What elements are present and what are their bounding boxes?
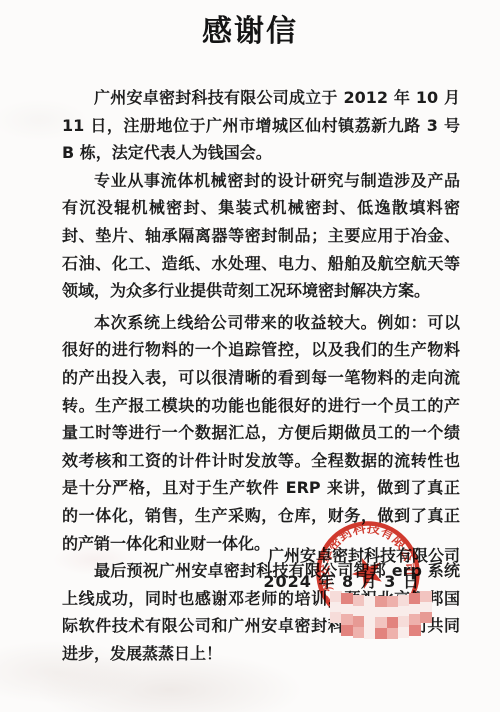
stamp-redaction-blur	[330, 591, 432, 639]
letter-title: 感谢信	[0, 6, 500, 50]
redaction-pixel	[364, 617, 376, 628]
paragraph-company-intro: 广州安卓密封科技有限公司成立于 2012 年 10 月 11 日，注册地位于广州…	[62, 84, 460, 167]
redaction-pixel	[398, 616, 410, 627]
redaction-pixel	[420, 612, 432, 623]
redaction-pixel	[353, 606, 365, 617]
redaction-pixel	[353, 595, 365, 606]
letter-page: 感谢信 广州安卓密封科技有限公司成立于 2012 年 10 月 11 日，注册地…	[0, 0, 500, 712]
redaction-pixel	[330, 612, 342, 623]
redaction-pixel	[398, 595, 410, 606]
redaction-pixel	[420, 591, 432, 602]
redaction-pixel	[409, 614, 421, 625]
redaction-pixel	[387, 596, 399, 607]
redaction-pixel	[409, 625, 421, 636]
redaction-pixel	[330, 591, 342, 602]
redaction-pixel	[387, 607, 399, 618]
paragraph-business-scope: 专业从事流体机械密封的设计研究与制造涉及产品有沉没辊机械密封、集装式机械密封、低…	[62, 167, 460, 305]
redaction-pixel	[353, 627, 365, 638]
redaction-pixel	[364, 628, 376, 639]
redaction-pixel	[420, 602, 432, 613]
star-icon	[348, 552, 388, 591]
redaction-pixel	[375, 607, 387, 618]
redaction-pixel	[409, 593, 421, 604]
redaction-pixel	[341, 625, 353, 636]
redaction-pixel	[387, 628, 399, 639]
redaction-pixel	[353, 616, 365, 627]
redaction-pixel	[364, 596, 376, 607]
redaction-pixel	[330, 602, 342, 613]
redaction-pixel	[409, 604, 421, 615]
redaction-pixel	[398, 627, 410, 638]
redaction-pixel	[375, 596, 387, 607]
redaction-pixel	[364, 607, 376, 618]
redaction-pixel	[375, 628, 387, 639]
redaction-pixel	[341, 614, 353, 625]
redaction-pixel	[341, 604, 353, 615]
redaction-pixel	[341, 593, 353, 604]
redaction-pixel	[387, 617, 399, 628]
redaction-pixel	[398, 606, 410, 617]
redaction-pixel	[375, 617, 387, 628]
